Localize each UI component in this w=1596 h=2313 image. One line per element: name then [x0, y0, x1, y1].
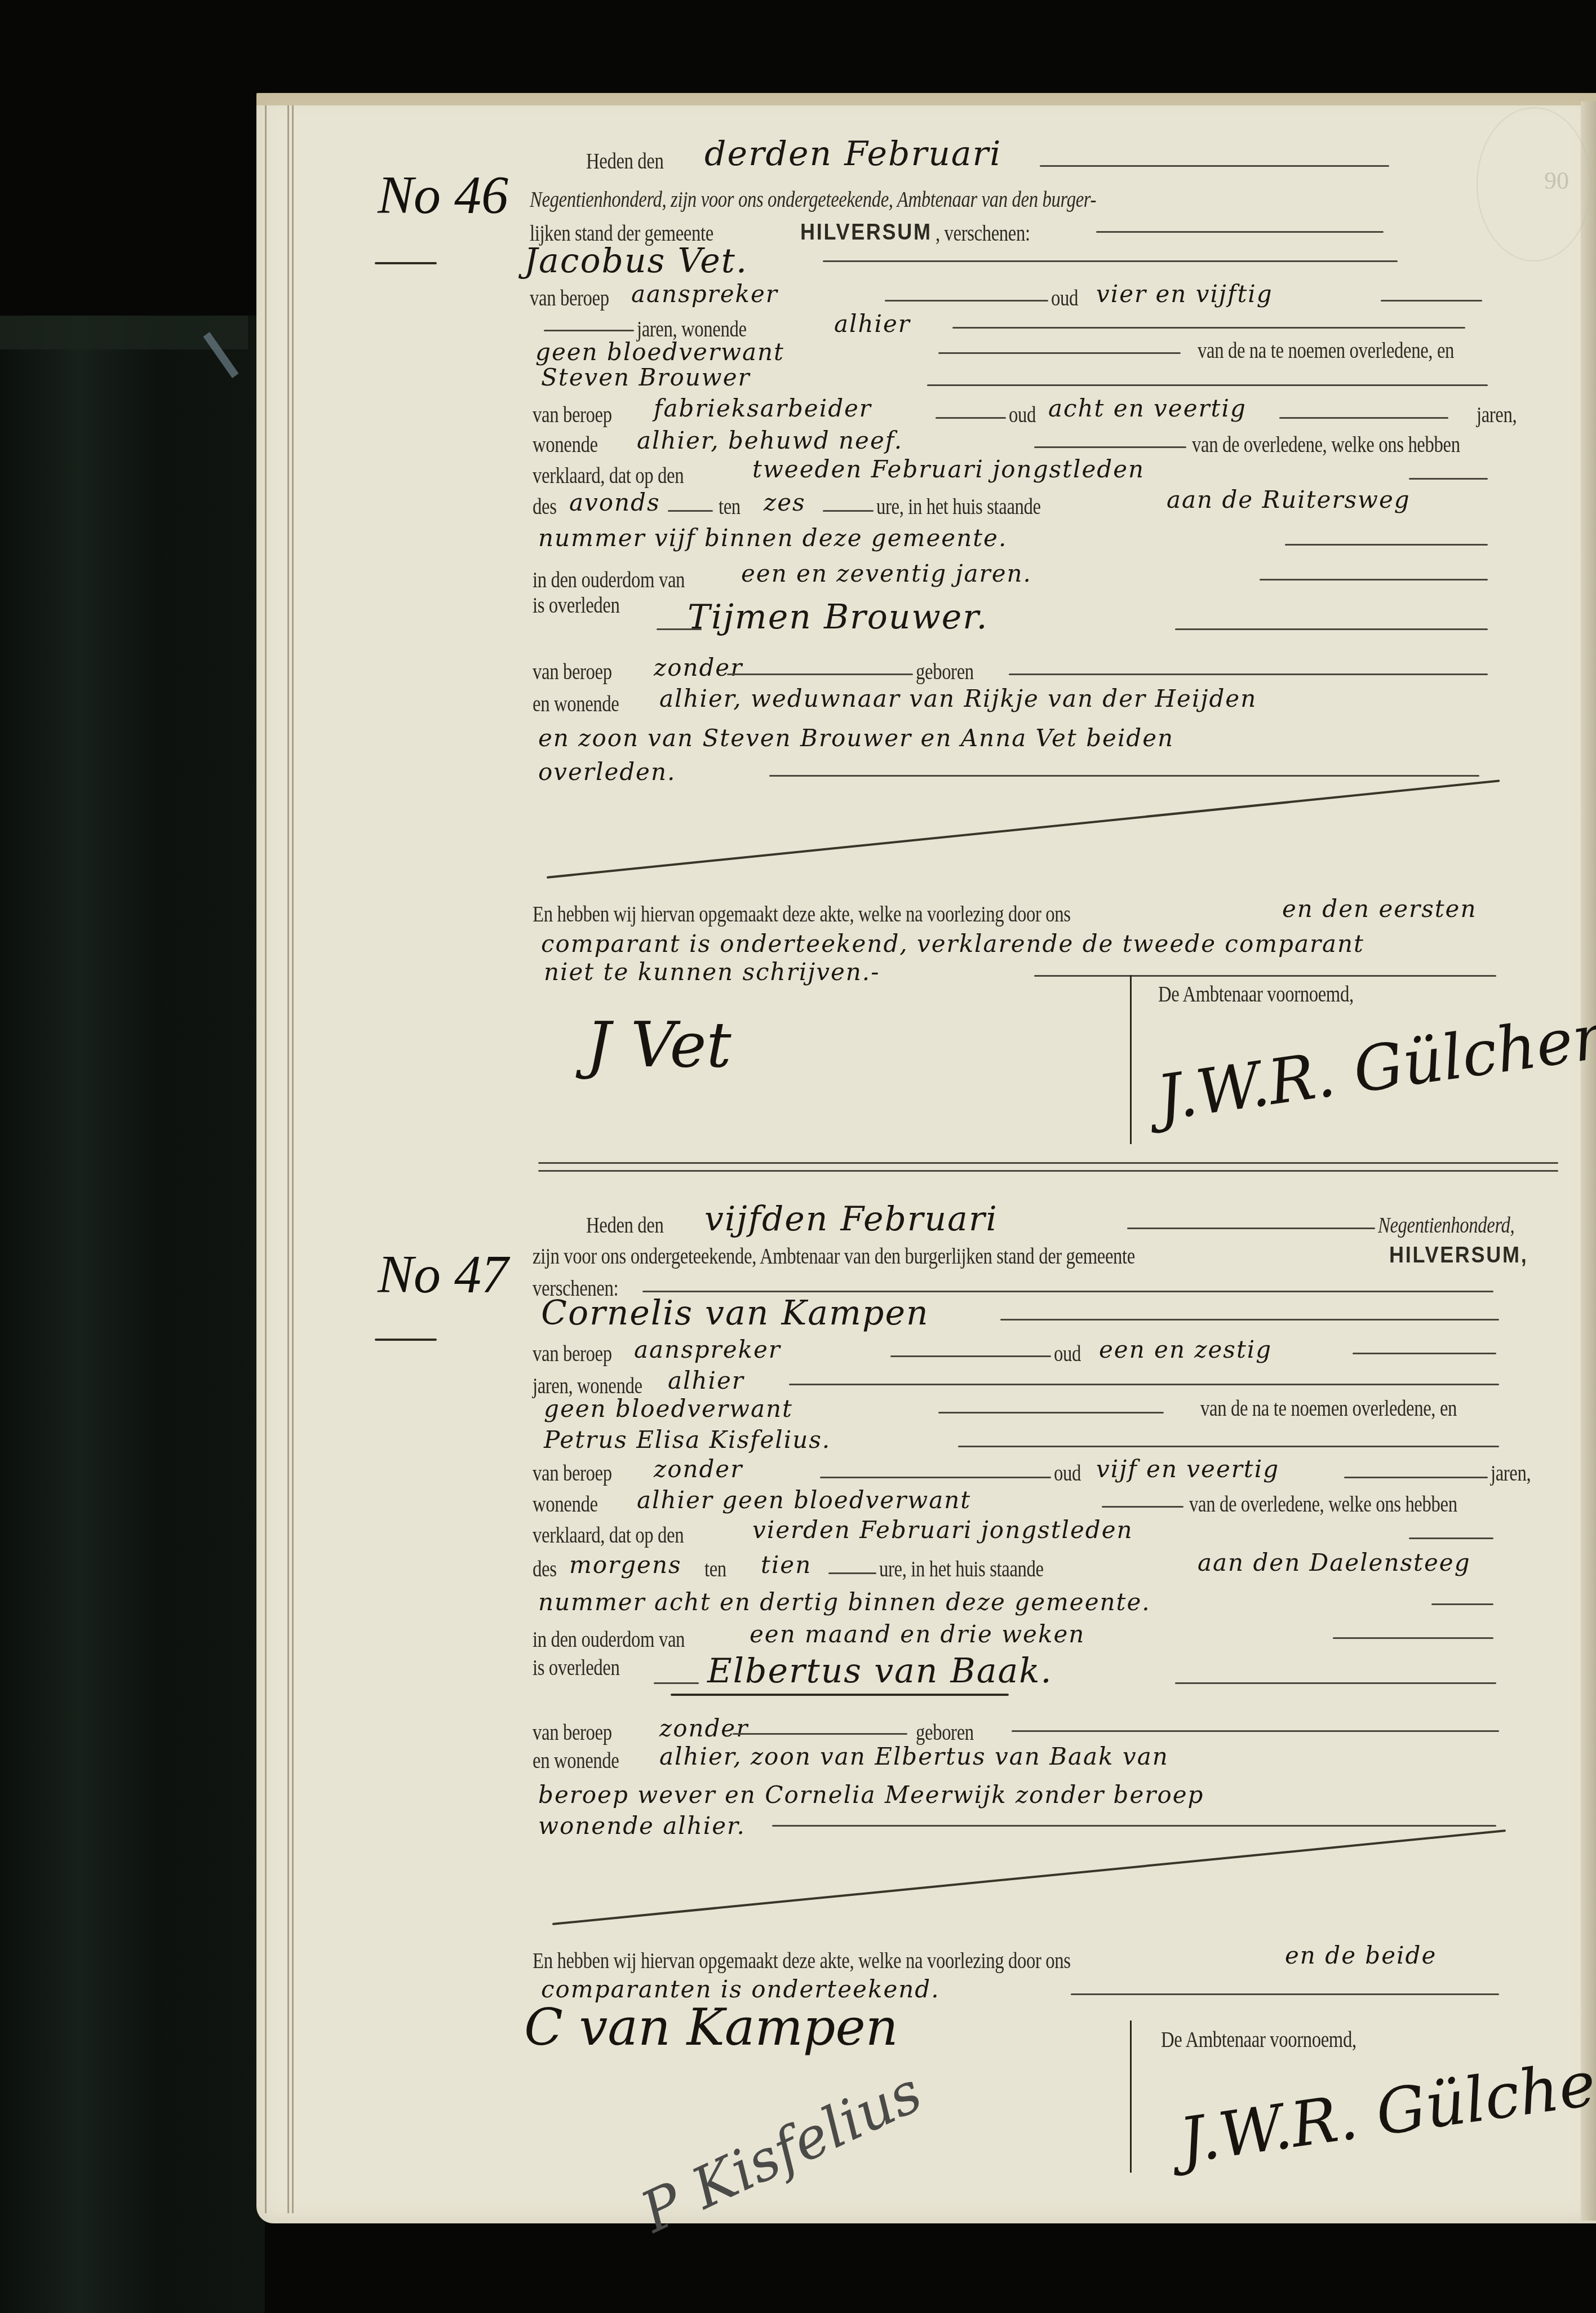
hw-residence-relation: alhier, behuwd neef.	[637, 427, 903, 454]
fill-line	[1175, 1682, 1496, 1684]
margin-line-inner	[287, 105, 289, 2213]
hw-closing-1: en de beide	[1285, 1942, 1437, 1969]
fill-line	[789, 1384, 1499, 1385]
number-underline	[375, 1339, 437, 1341]
print-beroep: van beroep	[533, 1340, 612, 1367]
hw-death-date: vierden Februari jongstleden	[752, 1516, 1133, 1544]
signature-divider	[1130, 2020, 1132, 2173]
hw-beroep: fabrieksarbeider	[654, 395, 872, 422]
margin-line-outer	[265, 105, 267, 2213]
print-jaren: jaren,	[1477, 401, 1517, 428]
print-verklaard: verklaard, dat op den	[533, 462, 684, 489]
print-oud: oud	[1054, 1460, 1081, 1486]
print-official-label: De Ambtenaar voornoemd,	[1158, 981, 1354, 1007]
hw-age: vier en vijftig	[1096, 280, 1273, 308]
hw-beroep: aanspreker	[634, 1336, 781, 1363]
hw-closing-2: comparant is onderteekend, verklarende d…	[541, 930, 1364, 958]
print-beroep: van beroep	[533, 1719, 612, 1745]
fill-line	[1009, 673, 1488, 675]
fill-line	[958, 1446, 1499, 1447]
fill-line	[1260, 579, 1488, 581]
fill-line	[733, 1733, 907, 1735]
print-closing: En hebben wij hiervan opgemaakt deze akt…	[533, 901, 1071, 927]
hw-deceased-name: Elbertus van Baak.	[707, 1651, 1053, 1691]
print-relation-suffix: van de overledene, welke ons hebben	[1189, 1491, 1457, 1517]
fill-line	[890, 1355, 1051, 1357]
print-relation-suffix: van de na te noemen overledene, en	[1200, 1395, 1457, 1421]
fill-line	[1381, 300, 1482, 302]
print-line2: zijn voor ons ondergeteekende, Ambtenaar…	[533, 1243, 1135, 1269]
hw-address-1: aan de Ruitersweg	[1167, 486, 1411, 513]
fill-line	[642, 1291, 1493, 1292]
print-des: des	[533, 1556, 556, 1582]
fill-line	[823, 260, 1398, 262]
hw-deceased-details-3: overleden.	[538, 758, 676, 786]
print-oud: oud	[1054, 1340, 1081, 1367]
hw-comparant1-name: Jacobus Vet.	[524, 241, 748, 281]
print-verklaard: verklaard, dat op den	[533, 1522, 684, 1548]
fill-line	[1175, 628, 1488, 630]
hw-comparant2-name: Steven Brouwer	[541, 364, 751, 391]
hw-age-deceased: een maand en drie weken	[750, 1620, 1085, 1648]
hw-deceased-details-1: alhier, zoon van Elbertus van Baak van	[659, 1743, 1169, 1770]
entry-number: No 47	[378, 1243, 508, 1305]
fill-line	[936, 417, 1006, 419]
print-ure: ure, in het huis staande	[879, 1556, 1044, 1582]
hw-deceased-details-1: alhier, weduwnaar van Rijkje van der Hei…	[659, 685, 1257, 712]
fill-line	[544, 330, 634, 331]
entry-separator-top	[538, 1162, 1558, 1164]
signature-comparant-1: C van Kampen	[524, 1998, 898, 2057]
print-en-wonende: en wonende	[533, 690, 619, 717]
print-year: Negentienhonderd,	[1378, 1212, 1514, 1238]
fill-line	[938, 352, 1181, 354]
hw-deceased-name: Tijmen Brouwer.	[688, 597, 988, 637]
print-official-label: De Ambtenaar voornoemd,	[1161, 2026, 1356, 2053]
hw-relation: geen bloedverwant	[535, 338, 784, 366]
fill-line	[654, 1682, 699, 1684]
fill-line	[952, 327, 1465, 329]
print-municipality: HILVERSUM	[800, 220, 932, 245]
fill-line	[772, 1825, 1496, 1827]
hw-deceased-details-2: en zoon van Steven Brouwer en Anna Vet b…	[538, 724, 1174, 752]
print-oud: oud	[1051, 285, 1078, 311]
print-oud: oud	[1009, 401, 1036, 428]
hw-relation: geen bloedverwant	[544, 1395, 793, 1423]
hw-address-2: nummer acht en dertig binnen deze gemeen…	[538, 1588, 1151, 1616]
fill-line	[1344, 1477, 1488, 1478]
hw-address-1: aan den Daelensteeg	[1198, 1549, 1471, 1576]
print-geboren: geboren	[916, 1719, 974, 1745]
fill-line	[828, 1572, 876, 1574]
hw-comparant1-name: Cornelis van Kampen	[541, 1293, 929, 1333]
entry-number: No 46	[378, 163, 508, 226]
signature-comparant: J Vet	[586, 1009, 732, 1081]
stamp-number: 90	[1544, 166, 1569, 195]
fill-line	[938, 1412, 1164, 1413]
fill-line	[1071, 1993, 1499, 1995]
hw-time-of-day: avonds	[569, 489, 660, 516]
print-overleden: is overleden	[533, 1654, 619, 1681]
fill-line	[1333, 1637, 1493, 1639]
margin-line-inner-2	[292, 105, 294, 2213]
print-beroep: van beroep	[533, 1460, 612, 1486]
fill-line	[1012, 1730, 1499, 1732]
print-beroep: van beroep	[533, 401, 612, 428]
register-page	[256, 93, 1596, 2223]
page-top-edge	[256, 93, 1596, 105]
print-ure: ure, in het huis staande	[876, 493, 1041, 520]
print-heden-den: Heden den	[586, 1212, 663, 1238]
hw-time-of-day: morgens	[569, 1551, 682, 1579]
fill-line	[769, 775, 1479, 777]
hw-deceased-beroep: zonder	[654, 654, 743, 681]
fill-line	[1353, 1353, 1496, 1354]
hw-date: vijfden Februari	[704, 1199, 998, 1239]
print-ouderdom: in den ouderdom van	[533, 566, 685, 593]
number-underline	[375, 262, 437, 264]
fill-line	[1409, 1537, 1493, 1539]
hw-age: een en zestig	[1099, 1336, 1272, 1363]
print-heden-den: Heden den	[586, 148, 663, 174]
hw-age: vijf en veertig	[1096, 1455, 1279, 1483]
print-line2: Negentienhonderd, zijn voor ons onderget…	[530, 186, 1096, 212]
print-en-wonende: en wonende	[533, 1747, 619, 1774]
fill-line	[885, 300, 1048, 302]
hw-deceased-details-2: beroep wever en Cornelia Meerwijk zonder…	[538, 1781, 1204, 1809]
fill-line	[1127, 1228, 1375, 1229]
fill-line	[727, 673, 913, 675]
print-ten: ten	[704, 1556, 726, 1582]
fill-line	[1409, 478, 1488, 480]
page-right-edge	[1581, 101, 1596, 2221]
hw-deceased-details-3: wonende alhier.	[538, 1812, 746, 1840]
print-ten: ten	[719, 493, 741, 520]
fill-line	[1285, 544, 1488, 546]
hw-hour: tien	[761, 1551, 812, 1579]
print-wonende: wonende	[533, 1491, 598, 1517]
hw-age: acht en veertig	[1048, 395, 1247, 422]
hw-residence: alhier	[834, 310, 911, 338]
fill-line	[927, 384, 1488, 386]
hw-beroep: aanspreker	[631, 280, 778, 308]
fill-line	[1431, 1603, 1493, 1605]
print-verschenen: , verschenen:	[936, 220, 1030, 246]
fill-line	[1000, 1319, 1499, 1321]
print-beroep: van beroep	[533, 658, 612, 685]
signature-divider	[1130, 975, 1132, 1144]
hw-residence-relation: alhier geen bloedverwant	[637, 1486, 971, 1514]
fill-line	[823, 510, 874, 512]
fill-line	[1034, 446, 1186, 448]
hw-death-date: tweeden Februari jongstleden	[752, 455, 1145, 483]
print-relation-suffix: van de na te noemen overledene, en	[1198, 337, 1454, 364]
hw-age-deceased: een en zeventig jaren.	[741, 560, 1032, 587]
print-des: des	[533, 493, 556, 520]
print-geboren: geboren	[916, 658, 974, 685]
fill-line	[1279, 417, 1448, 419]
print-ouderdom: in den ouderdom van	[533, 1626, 685, 1652]
hw-beroep: zonder	[654, 1455, 743, 1483]
hw-comparant2-name: Petrus Elisa Kisfelius.	[544, 1426, 831, 1454]
fill-line	[668, 510, 713, 512]
fill-line	[1040, 165, 1389, 167]
embossed-stamp	[1477, 107, 1591, 262]
fill-line	[1102, 1506, 1183, 1508]
print-closing: En hebben wij hiervan opgemaakt deze akt…	[533, 1947, 1071, 1974]
hw-address-2: nummer vijf binnen deze gemeente.	[538, 524, 1007, 552]
fill-line	[820, 1477, 1051, 1478]
fill-line	[1034, 975, 1496, 977]
book-cover	[0, 316, 265, 2313]
print-beroep: van beroep	[530, 285, 609, 311]
print-jaren: jaren,	[1491, 1460, 1531, 1486]
hw-closing-1: en den eersten	[1282, 895, 1477, 923]
hw-closing-3: niet te kunnen schrijven.-	[544, 958, 880, 986]
print-wonende: wonende	[533, 431, 598, 458]
deceased-name-underline	[671, 1694, 1009, 1696]
hw-date: derden Februari	[704, 134, 1001, 174]
fill-line	[1096, 231, 1384, 233]
hw-residence: alhier	[668, 1367, 744, 1394]
entry-separator-bottom	[538, 1170, 1558, 1172]
hw-hour: zes	[764, 489, 806, 516]
print-relation-suffix: van de overledene, welke ons hebben	[1192, 431, 1460, 458]
print-overleden: is overleden	[533, 592, 619, 618]
print-municipality: HILVERSUM,	[1389, 1243, 1528, 1268]
hw-deceased-beroep: zonder	[659, 1714, 748, 1742]
